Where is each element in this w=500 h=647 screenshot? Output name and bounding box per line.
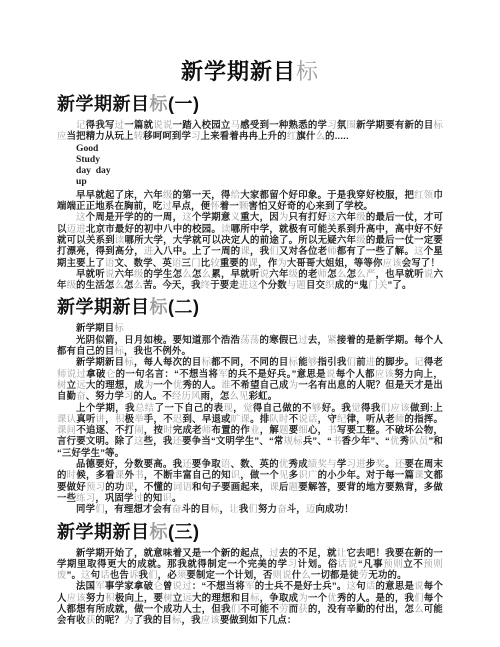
muted-text: 师说过 xyxy=(57,368,86,379)
text-run: 都不同，不同的目 xyxy=(211,356,288,367)
text-run: 的意思是 xyxy=(376,580,415,591)
document-body: 新学期新目标(一)记得我写过一篇就说说一踏入校园立马感受到一种熟悉的学习氛围新学… xyxy=(57,92,443,626)
muted-text: 话 xyxy=(366,580,376,591)
muted-text: 劳 xyxy=(279,603,289,614)
text-run: 秀成 xyxy=(289,458,308,469)
paragraph: 品德要好，分数要高。我还要争取语、数、英的优秀成绩奖与学习进步奖。还要在周末的时… xyxy=(57,458,443,503)
text-run: 早点，便 xyxy=(172,200,210,211)
muted-text: 课 xyxy=(249,257,259,268)
muted-text: 较 xyxy=(210,257,220,268)
text-run: ”。 xyxy=(67,569,81,580)
muted-text: 课 xyxy=(240,245,250,256)
paragraph: 记得我写过一篇就说说一踏入校园立马感受到一种熟悉的学习氛围新学期要有新的目标应当… xyxy=(57,119,443,142)
text-run: 要做到如下几点： xyxy=(220,614,297,625)
muted-text: 谁 xyxy=(221,379,231,390)
text-run: 入八中。上了一周的 xyxy=(154,245,241,256)
muted-text: 军 xyxy=(95,580,105,591)
text-run: 一踏入校园立 xyxy=(173,119,231,130)
muted-text: 迟 xyxy=(173,413,183,424)
text-run: 候，多看 xyxy=(76,469,115,480)
muted-text: 标 xyxy=(172,614,182,625)
muted-text: 时 xyxy=(163,424,173,435)
text-run: 立 xyxy=(67,379,77,390)
muted-text: 与题 xyxy=(287,279,306,290)
muted-text: 们 xyxy=(95,503,105,514)
muted-text: 围 xyxy=(347,119,357,130)
paragraph: 同学们，有理想才会有奋斗的目标，让我们努力奋斗，迈向成功！ xyxy=(57,503,443,514)
muted-text: 们 xyxy=(269,245,279,256)
text-run: 而 xyxy=(289,603,299,614)
text-run: 重要的 xyxy=(220,257,249,268)
text-run: 秀的人。 xyxy=(183,379,222,390)
muted-text: 记 xyxy=(414,356,424,367)
text-run: 的，没有辛勤的付出，怎 xyxy=(308,603,414,614)
paragraph: 早早就起了床，六年级的第一天，得给大家都留个好印象。于是我穿好校服，把红领巾端端… xyxy=(57,189,443,212)
text-run: ：“不想当将 xyxy=(192,580,245,591)
text-run: 的第一天，得 xyxy=(173,189,231,200)
text-run: 事学家拿破 xyxy=(105,580,153,591)
text-run: 不 xyxy=(289,413,299,424)
text-run: 大的理想和目 xyxy=(192,592,250,603)
text-run: ，做一个 xyxy=(240,469,279,480)
muted-text: 树 xyxy=(163,592,173,603)
muted-text: 这 xyxy=(81,569,91,580)
text-run: 品德要好，分数要高。我 xyxy=(76,458,182,469)
text-run: 、努力学 xyxy=(86,390,124,401)
text-run: 重大，因 xyxy=(240,211,279,222)
muted-text: 迈 xyxy=(306,503,316,514)
text-run: 的脚步。 xyxy=(376,356,415,367)
muted-text: 还 xyxy=(182,458,192,469)
muted-text: 级 xyxy=(356,234,366,245)
text-run: 同学 xyxy=(76,503,95,514)
muted-text: 话 xyxy=(100,569,110,580)
text-run: 文、数学、英 xyxy=(114,257,171,268)
muted-text: 细 xyxy=(298,424,308,435)
text-run: ，不懂的 xyxy=(134,481,173,492)
muted-text: 识 xyxy=(231,469,241,480)
text-run: 新学期要有新的目 xyxy=(356,119,433,130)
muted-text: 队时 xyxy=(269,413,288,424)
muted-text: 转 xyxy=(134,130,144,141)
muted-text: 习 xyxy=(191,130,201,141)
text-run: 的功 xyxy=(105,481,124,492)
text-run: 多 xyxy=(289,469,299,480)
text-run: 大哥哥大姐姐，等等你 xyxy=(287,257,383,268)
muted-text: 课认 xyxy=(57,413,76,424)
muted-text: 预习 xyxy=(86,481,105,492)
muted-text: 迈进 xyxy=(67,223,86,234)
muted-text: 标 xyxy=(289,356,299,367)
muted-text: 绩奖与 xyxy=(308,458,337,469)
muted-text: 过 xyxy=(269,547,279,558)
muted-text: 课 xyxy=(414,469,424,480)
text-run: 个学期意 xyxy=(192,211,231,222)
text-run: 要争当“文明学生”、“常 xyxy=(182,435,283,446)
muted-text: 们 xyxy=(414,592,424,603)
text-run: 得我 xyxy=(361,402,381,413)
text-run: 北京市最好的初中八中的校园。 xyxy=(86,223,221,234)
text-run: ，巩固学 xyxy=(95,492,133,503)
text-run: 指引我 xyxy=(318,356,347,367)
muted-text: 过 xyxy=(162,200,172,211)
muted-text: 举 xyxy=(134,413,144,424)
text-run: 得自己做的不 xyxy=(253,402,312,413)
text-run: “凡事 xyxy=(358,558,383,569)
muted-text: 们 xyxy=(347,356,357,367)
english-word-line: day day xyxy=(76,165,443,176)
text-run: 光阴似箭，日月如梭。要知道那个浩浩 xyxy=(76,334,240,345)
text-run: 的呢？ xyxy=(95,614,124,625)
muted-text: 这 xyxy=(327,211,337,222)
muted-text: 级 xyxy=(163,189,173,200)
muted-text: 读 xyxy=(221,223,231,234)
muted-text: 够 xyxy=(312,402,322,413)
text-run: 怎 xyxy=(347,268,357,279)
text-run: 到、早退或 xyxy=(183,413,231,424)
muted-text: 预则 xyxy=(383,558,403,569)
muted-text: 话说 xyxy=(338,558,358,569)
text-run: 新学期新目 xyxy=(76,356,124,367)
text-run: ， xyxy=(233,402,243,413)
section-1-heading: 新学期新目标(一) xyxy=(57,92,443,116)
text-run: 上来看着冉冉上升的 xyxy=(201,130,287,141)
muted-text: 则说 xyxy=(273,569,292,580)
text-run: 三 xyxy=(182,257,192,268)
text-run: 要争取 xyxy=(192,458,221,469)
text-run: 新学期新目 xyxy=(57,522,150,542)
muted-text: 义 xyxy=(231,211,241,222)
paragraph: 早就听说六年级的学生怎么怎么累，早就听说六年级的老师怎么怎么严，也早就听说六年级… xyxy=(57,268,443,291)
muted-text: 说 xyxy=(260,268,270,279)
text-run: 害怕又好奇的心来到了学校。 xyxy=(249,200,373,211)
english-word-line: Study xyxy=(76,154,443,165)
text-run: 不希望自己成 xyxy=(231,379,289,390)
text-run: 前 xyxy=(356,356,366,367)
text-run: 大家都留个好印象。于是我穿好校服，把 xyxy=(240,189,414,200)
muted-text: 读 xyxy=(115,234,125,245)
muted-text: 终 xyxy=(201,279,211,290)
text-run: 极向上，要 xyxy=(115,592,163,603)
text-run: (三) xyxy=(168,522,200,542)
text-run: ，作 xyxy=(258,257,277,268)
muted-text: 标 xyxy=(114,345,124,356)
text-run: 苦。今天，我 xyxy=(143,279,200,290)
text-run: 的指挥。 xyxy=(405,413,444,424)
text-run: 律，听从老 xyxy=(347,413,395,424)
text-run: 当把精力从玩上 xyxy=(67,130,134,141)
muted-text: 应该 xyxy=(201,614,220,625)
muted-text: 标 xyxy=(150,94,169,114)
text-run: 会写了！ xyxy=(402,257,440,268)
text-run: 六年 xyxy=(269,268,288,279)
muted-text: 师 xyxy=(395,413,405,424)
muted-text: 词语 xyxy=(173,481,192,492)
muted-text: 说 xyxy=(414,580,424,591)
muted-text: 标 xyxy=(250,592,260,603)
text-run: 新学期新目 xyxy=(57,297,150,317)
muted-text: 进这 xyxy=(239,279,258,290)
muted-text: 优 xyxy=(279,458,289,469)
muted-text: 们应该 xyxy=(381,402,410,413)
text-run: 兵”、“ xyxy=(303,435,332,446)
text-run: 心， xyxy=(308,424,327,435)
muted-text: 级 xyxy=(67,279,77,290)
text-run: 新学期新目 xyxy=(57,94,150,114)
muted-text: 须 xyxy=(177,569,187,580)
section-3-heading: 新学期新目标(三) xyxy=(57,520,443,544)
text-run: 秀 xyxy=(400,435,410,446)
muted-text: 门关 xyxy=(368,279,387,290)
muted-text: 么 xyxy=(316,130,326,141)
text-run: 只有打好 xyxy=(289,211,328,222)
text-run: 的小少年。对于每一篇 xyxy=(318,469,415,480)
muted-text: 标 xyxy=(150,297,169,317)
muted-text: 还 xyxy=(173,435,183,446)
muted-text: 规标 xyxy=(284,435,303,446)
muted-text: 还 xyxy=(395,458,405,469)
muted-text: 为 xyxy=(124,614,134,625)
text-run: 成的“鬼 xyxy=(335,279,369,290)
document-page: 新学期新目标 新学期新目标(一)记得我写过一篇就说说一踏入校园立马感受到一种熟悉… xyxy=(0,0,500,647)
muted-text: 纪 xyxy=(337,413,347,424)
muted-text: 师 xyxy=(202,424,212,435)
text-run: 去， xyxy=(308,334,327,345)
english-word-list: GoodStudyday dayup xyxy=(76,143,443,188)
muted-text: 记 xyxy=(76,119,86,130)
muted-text: 说过 xyxy=(173,580,192,591)
muted-text: 够 xyxy=(308,356,318,367)
text-run: 向成功！ xyxy=(315,503,353,514)
text-run: 新学期目 xyxy=(76,322,114,333)
text-run: 要 xyxy=(289,424,299,435)
muted-text: 课 xyxy=(269,481,279,492)
text-run: 真听 xyxy=(76,413,95,424)
text-run: 的兵不是好兵。”意思是 xyxy=(228,368,326,379)
text-run: 一切都是徒 xyxy=(311,569,359,580)
text-run: ，我 xyxy=(250,245,269,256)
text-run: 、数、英的 xyxy=(231,458,279,469)
muted-text: 劳 xyxy=(359,569,369,580)
text-run: 什 xyxy=(292,569,302,580)
paragraph: 新学期开始了，就意味着又是一个新的起点，过去的不足，就让它去吧！我要在新的一学期… xyxy=(57,547,443,581)
muted-text: 标 xyxy=(296,59,319,84)
muted-text: 么 xyxy=(202,268,212,279)
muted-text: 见 xyxy=(279,469,289,480)
muted-text: 诉 xyxy=(129,569,139,580)
document-title: 新学期新目标 xyxy=(57,57,443,87)
text-run: 好。我 xyxy=(322,402,351,413)
text-run: 的..... xyxy=(325,130,349,141)
text-run: 累，早就听 xyxy=(211,268,259,279)
muted-text: 积 xyxy=(115,413,125,424)
text-run: ，也早就听 xyxy=(376,268,424,279)
text-run: 我 xyxy=(139,569,149,580)
muted-text: 讲 xyxy=(96,413,106,424)
muted-text: 标 xyxy=(124,356,134,367)
muted-text: 业 xyxy=(250,424,260,435)
muted-text: 们 xyxy=(248,503,258,514)
muted-text: 让 xyxy=(229,503,239,514)
text-run: 氛 xyxy=(337,119,347,130)
muted-text: 仑 xyxy=(153,580,163,591)
text-run: 上个学期，我 xyxy=(76,402,135,413)
muted-text: 标 xyxy=(210,503,220,514)
text-run: 法国 xyxy=(76,580,95,591)
text-run: 于要走 xyxy=(210,279,239,290)
text-run: 着一 xyxy=(220,200,239,211)
muted-text: 时 xyxy=(67,469,77,480)
text-run: 完成老 xyxy=(173,424,202,435)
text-run: 我 xyxy=(239,503,249,514)
muted-text: 颗 xyxy=(239,200,249,211)
text-run: 的一句名言：“不想当将 xyxy=(116,368,219,379)
muted-text: 题 xyxy=(289,481,299,492)
muted-text: 经历风 xyxy=(172,390,201,401)
muted-text: 识 xyxy=(162,492,172,503)
text-run: 努力 xyxy=(86,592,105,603)
muted-text: 习 xyxy=(327,119,337,130)
text-run: 个周是开学的的一周， xyxy=(86,211,183,222)
muted-text: 过 xyxy=(298,334,308,345)
muted-text: 课间 xyxy=(57,424,76,435)
muted-text: 优 xyxy=(327,592,337,603)
muted-text: 说说 xyxy=(153,119,172,130)
text-run: 怎 xyxy=(124,279,134,290)
muted-text: 应该 xyxy=(67,592,86,603)
text-run: ， xyxy=(220,503,230,514)
muted-text: 获 xyxy=(298,603,308,614)
text-run: 努力 xyxy=(258,503,277,514)
text-run: 秀的人。是的，我 xyxy=(337,592,414,603)
text-run: 早早就起了床，六年 xyxy=(76,189,163,200)
text-run: 句 xyxy=(91,569,101,580)
text-run: ，有理想才会有 xyxy=(105,503,172,514)
muted-text: 么 xyxy=(337,268,347,279)
muted-text: 奋 xyxy=(76,390,86,401)
text-run: 个分数 xyxy=(258,279,287,290)
text-run: ，按 xyxy=(144,424,163,435)
text-run: 六年 xyxy=(115,268,134,279)
muted-text: 给 xyxy=(231,189,241,200)
muted-text: 军 xyxy=(245,580,255,591)
text-run: 去的不足，就 xyxy=(279,547,337,558)
muted-text: 织 xyxy=(325,279,335,290)
muted-text: 应该 xyxy=(375,368,395,379)
text-run: ，必 xyxy=(158,569,177,580)
muted-text: 们 xyxy=(231,603,241,614)
text-run: 步 xyxy=(366,458,376,469)
section-2-heading: 新学期新目标(二) xyxy=(57,295,443,319)
muted-text: 奖 xyxy=(376,458,386,469)
text-run: 能 xyxy=(298,356,308,367)
text-run: 些，我 xyxy=(144,435,173,446)
paragraph: 这个周是开学的的一周，这个学期意义重大，因为只有打好这六年级的最后一仗，才可以迈… xyxy=(57,211,443,267)
muted-text: 么 xyxy=(301,569,311,580)
muted-text: 为 xyxy=(144,379,154,390)
muted-text: 识广 xyxy=(298,469,317,480)
text-run: 了我的目 xyxy=(134,614,172,625)
muted-text: 师 xyxy=(327,245,337,256)
muted-text: 习 xyxy=(288,558,298,569)
text-run: ，争取成 xyxy=(260,592,299,603)
muted-text: 为 xyxy=(289,379,299,390)
muted-text: 红 xyxy=(287,130,297,141)
muted-text: 标 xyxy=(202,356,212,367)
muted-text: 题 xyxy=(279,424,289,435)
muted-text: 奋 xyxy=(277,503,287,514)
muted-text: 这 xyxy=(76,211,86,222)
text-run: 的寒假已 xyxy=(260,334,299,345)
muted-text: 么严 xyxy=(356,268,375,279)
muted-text: 优 xyxy=(390,435,400,446)
text-run: 曾 xyxy=(163,580,173,591)
muted-text: 级 xyxy=(356,211,366,222)
text-run: 得老 xyxy=(424,356,443,367)
muted-text: 现 xyxy=(223,402,233,413)
text-run: 新学期开始了，就意味着又是一个新的起点， xyxy=(76,547,269,558)
muted-text: 荡荡 xyxy=(240,334,259,345)
muted-text: 总结 xyxy=(135,402,155,413)
muted-text: 语 xyxy=(172,257,182,268)
text-run: 的知 xyxy=(143,492,162,503)
text-run: 一个 xyxy=(154,379,173,390)
text-run: 斗的目 xyxy=(181,503,210,514)
paragraph: 新学期目标 xyxy=(57,322,443,333)
muted-text: 积 xyxy=(105,592,115,603)
text-run: 不可能不 xyxy=(240,603,279,614)
text-run: 计划。俗 xyxy=(298,558,338,569)
text-run: 雨，怎 xyxy=(201,390,230,401)
muted-text: 标 xyxy=(150,522,169,542)
muted-text: 这 xyxy=(134,435,144,446)
text-run: 又对各位老 xyxy=(279,245,327,256)
muted-text: 说话 xyxy=(298,413,317,424)
muted-text: 获 xyxy=(86,614,96,625)
text-run: (二) xyxy=(168,297,200,317)
muted-text: 师 xyxy=(318,268,328,279)
text-run: 每个人都 xyxy=(336,368,375,379)
text-run: 怎 xyxy=(327,268,337,279)
muted-text: 闹 xyxy=(134,424,144,435)
muted-text: 仑 xyxy=(106,368,116,379)
muted-text: 进 xyxy=(366,356,376,367)
muted-text: 书 xyxy=(332,435,342,446)
text-run: 早就听 xyxy=(76,268,105,279)
muted-text: 觉 xyxy=(351,402,361,413)
text-run: 句 xyxy=(356,580,366,591)
text-run: 后 xyxy=(279,481,289,492)
text-run: 做到:上 xyxy=(410,402,443,413)
text-run: 的人。不 xyxy=(134,390,172,401)
muted-text: 么 xyxy=(414,603,424,614)
text-run: 目交 xyxy=(306,279,325,290)
text-run: 和句子要画起来， xyxy=(192,481,269,492)
muted-text: 习进 xyxy=(347,458,366,469)
text-run: ，每人每次的目 xyxy=(134,356,202,367)
muted-text: 这 xyxy=(414,245,424,256)
text-run: 立不 xyxy=(403,558,423,569)
text-run: 无功的。 xyxy=(368,569,406,580)
text-run: 的生活怎 xyxy=(76,279,114,290)
muted-text: 优 xyxy=(173,379,183,390)
paragraph: 新学期新目标，每人每次的目标都不同，不同的目标能够指引我们前进的脚步。记得老师说… xyxy=(57,356,443,401)
paragraph: 光阴似箭，日月如梭。要知道那个浩浩荡荡的寒假已过去，紧接着的是新学期。每个人都有… xyxy=(57,334,443,357)
text-run: ，解 xyxy=(260,424,279,435)
muted-text: 这 xyxy=(182,211,192,222)
muted-text: 远 xyxy=(76,379,86,390)
muted-text: 语 xyxy=(221,458,231,469)
